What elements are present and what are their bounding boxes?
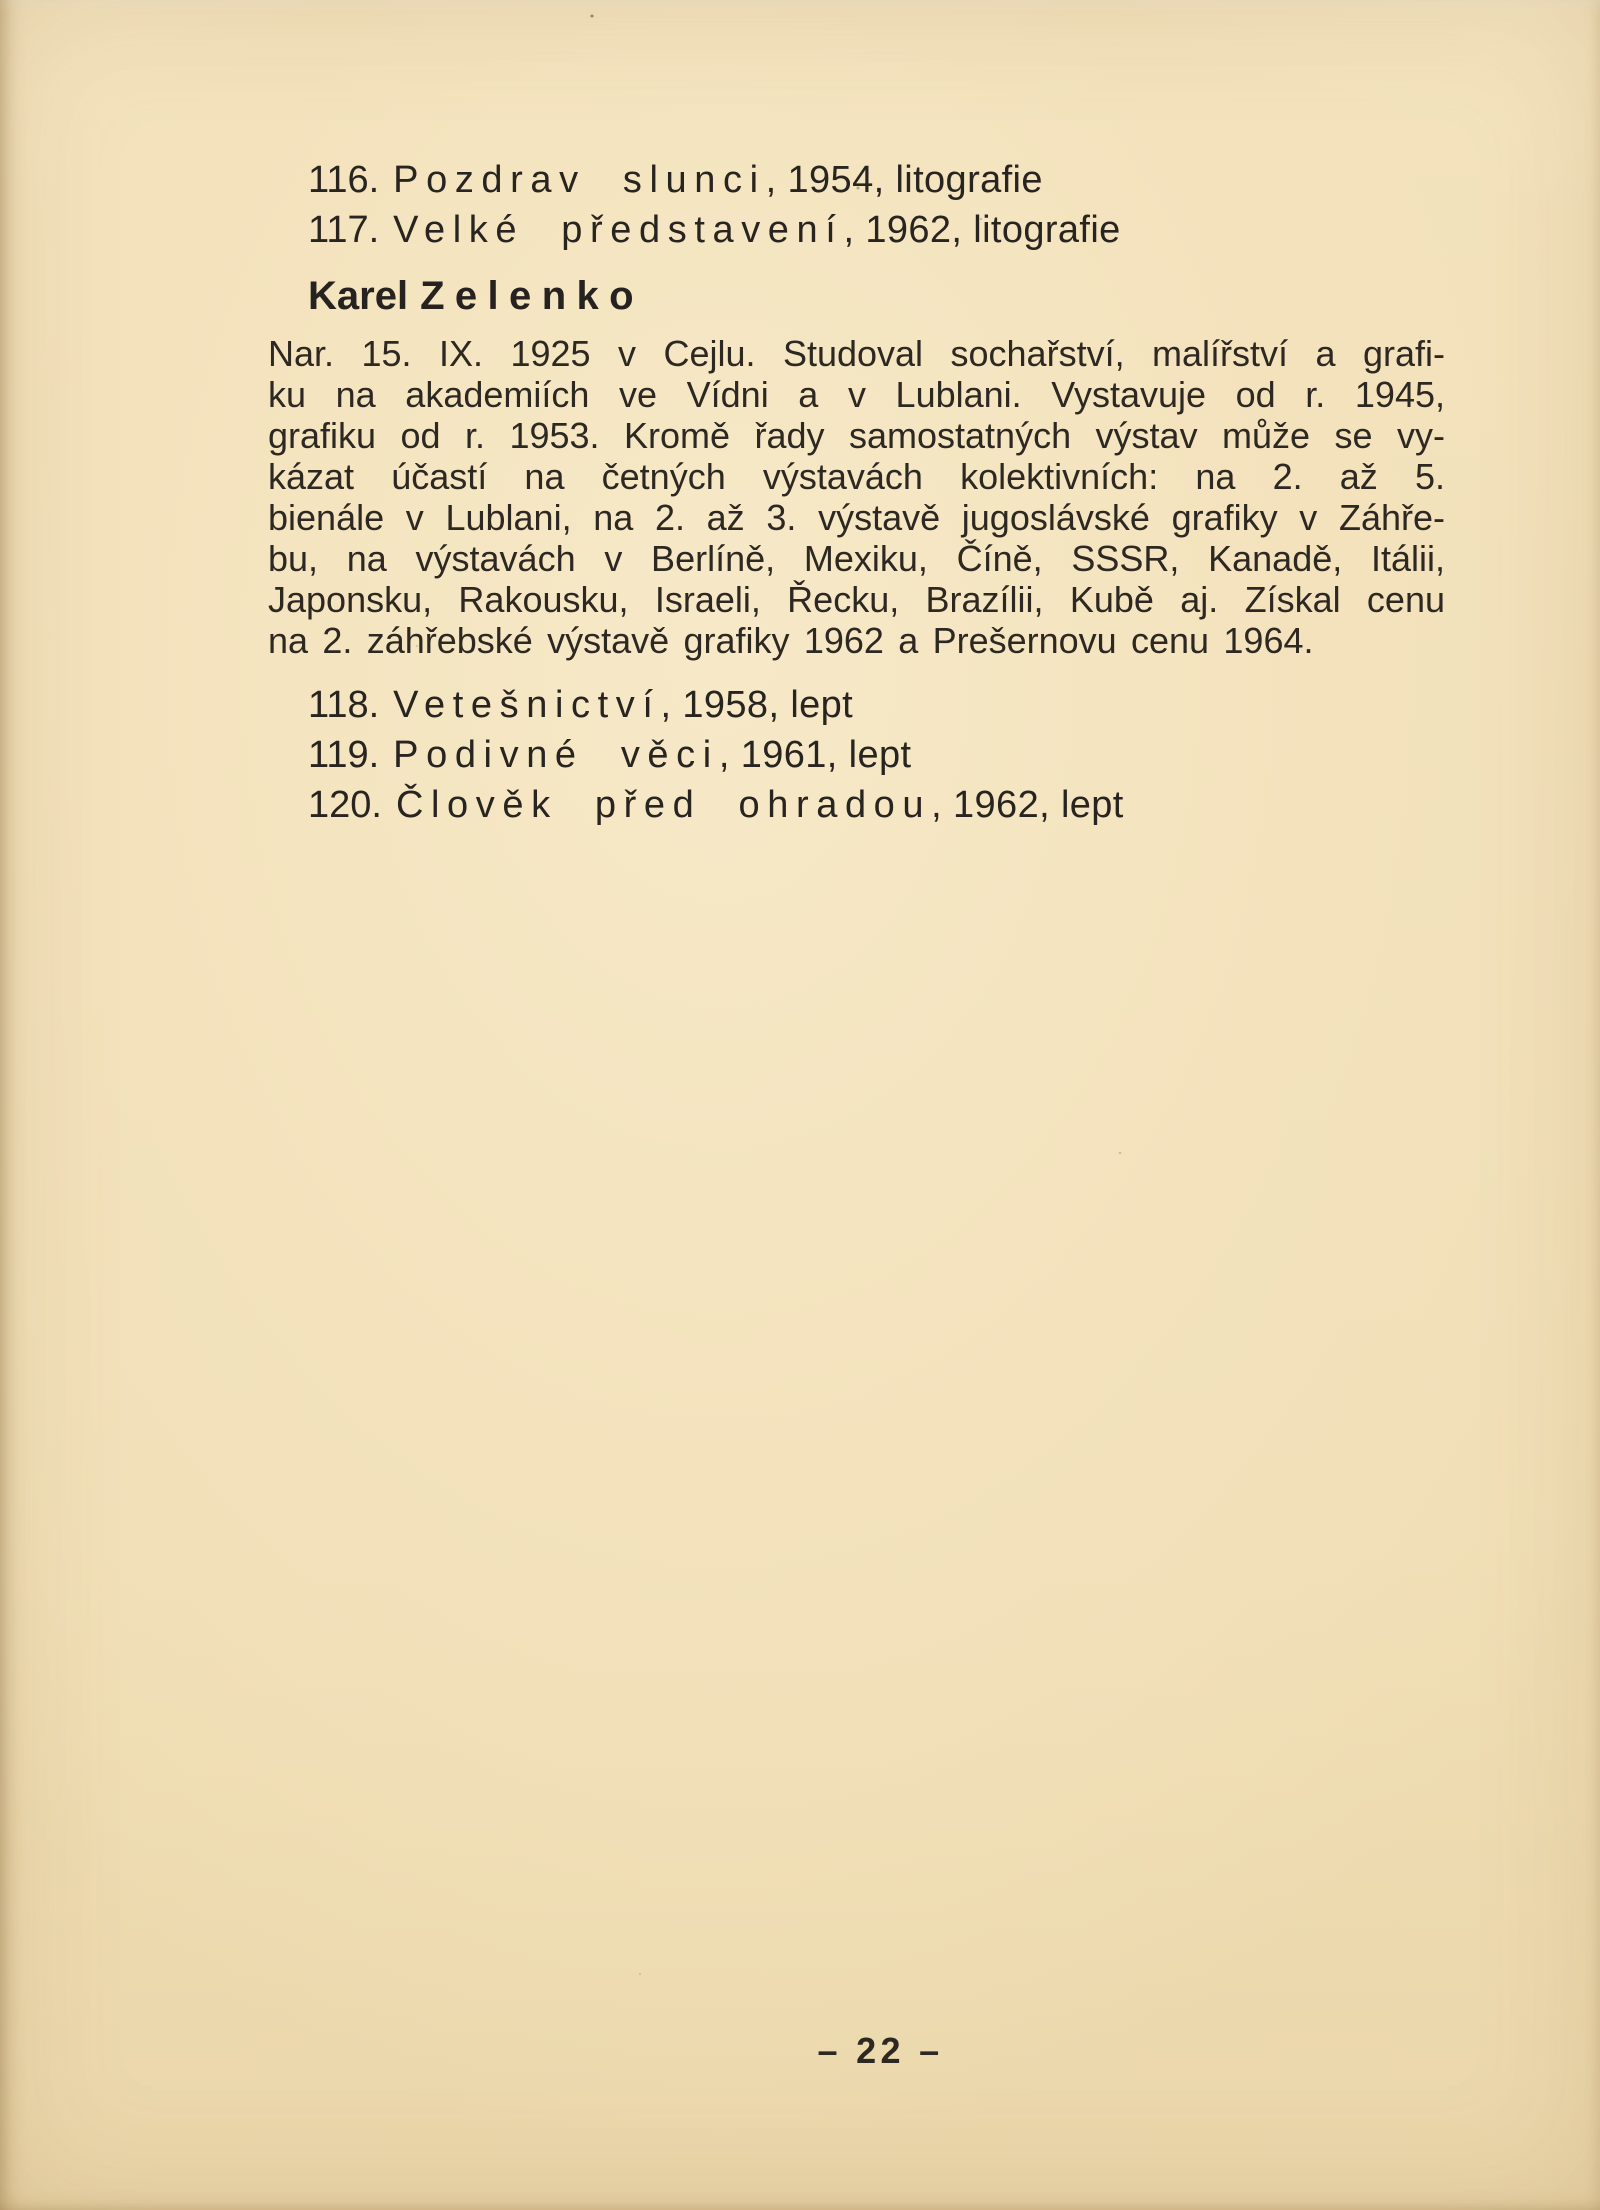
catalog-entry: 117.Velké představení, 1962, litografie	[308, 205, 1121, 255]
artwork-title: Člověk před ohradou	[396, 784, 931, 826]
entry-number: 118.	[308, 680, 379, 730]
entry-year-technique: , 1958, lept	[661, 684, 854, 726]
page-content: 116.Pozdrav slunci, 1954, litografie 117…	[268, 0, 1445, 2210]
catalog-entry: 120.Člověk před ohradou, 1962, lept	[308, 780, 1124, 830]
artist-last-name: Zelenko	[420, 274, 644, 318]
artwork-title: Velké představení	[393, 209, 843, 251]
biography-line: bienále v Lublani, na 2. až 3. výstavě j…	[268, 497, 1445, 538]
entry-number: 119.	[308, 730, 379, 780]
biography-line: ku na akademiích ve Vídni a v Lublani. V…	[268, 374, 1445, 415]
artist-name-heading: KarelZelenko	[308, 272, 644, 320]
entry-year-technique: , 1962, litografie	[843, 209, 1120, 251]
artwork-title: Pozdrav slunci	[393, 159, 766, 201]
artwork-title: Podivné věci	[393, 734, 719, 776]
entry-number: 116.	[308, 155, 379, 205]
artist-biography: Nar. 15. IX. 1925 v Cejlu. Studoval soch…	[268, 333, 1445, 661]
catalog-entry: 116.Pozdrav slunci, 1954, litografie	[308, 155, 1121, 205]
page-number: – 22 –	[268, 2030, 1445, 2072]
biography-line: Nar. 15. IX. 1925 v Cejlu. Studoval soch…	[268, 333, 1445, 374]
artwork-title: Vetešnictví	[393, 684, 660, 726]
catalog-entry: 118.Vetešnictví, 1958, lept	[308, 680, 1124, 730]
artist-first-name: Karel	[308, 274, 408, 318]
biography-line: Japonsku, Rakousku, Israeli, Řecku, Braz…	[268, 579, 1445, 620]
biography-line: kázat účastí na četných výstavách kolekt…	[268, 456, 1445, 497]
catalog-entries-top: 116.Pozdrav slunci, 1954, litografie 117…	[308, 155, 1121, 255]
catalog-entry: 119.Podivné věci, 1961, lept	[308, 730, 1124, 780]
biography-line: bu, na výstavách v Berlíně, Mexiku, Číně…	[268, 538, 1445, 579]
entry-year-technique: , 1961, lept	[719, 734, 912, 776]
biography-line: na 2. záhřebské výstavě grafiky 1962 a P…	[268, 620, 1445, 661]
entry-number: 117.	[308, 205, 379, 255]
catalog-entries-bottom: 118.Vetešnictví, 1958, lept 119.Podivné …	[308, 680, 1124, 830]
biography-line: grafiku od r. 1953. Kromě řady samostatn…	[268, 415, 1445, 456]
entry-number: 120.	[308, 780, 382, 830]
entry-year-technique: , 1954, litografie	[766, 159, 1043, 201]
scanned-catalog-page: 116.Pozdrav slunci, 1954, litografie 117…	[0, 0, 1600, 2210]
entry-year-technique: , 1962, lept	[931, 784, 1124, 826]
